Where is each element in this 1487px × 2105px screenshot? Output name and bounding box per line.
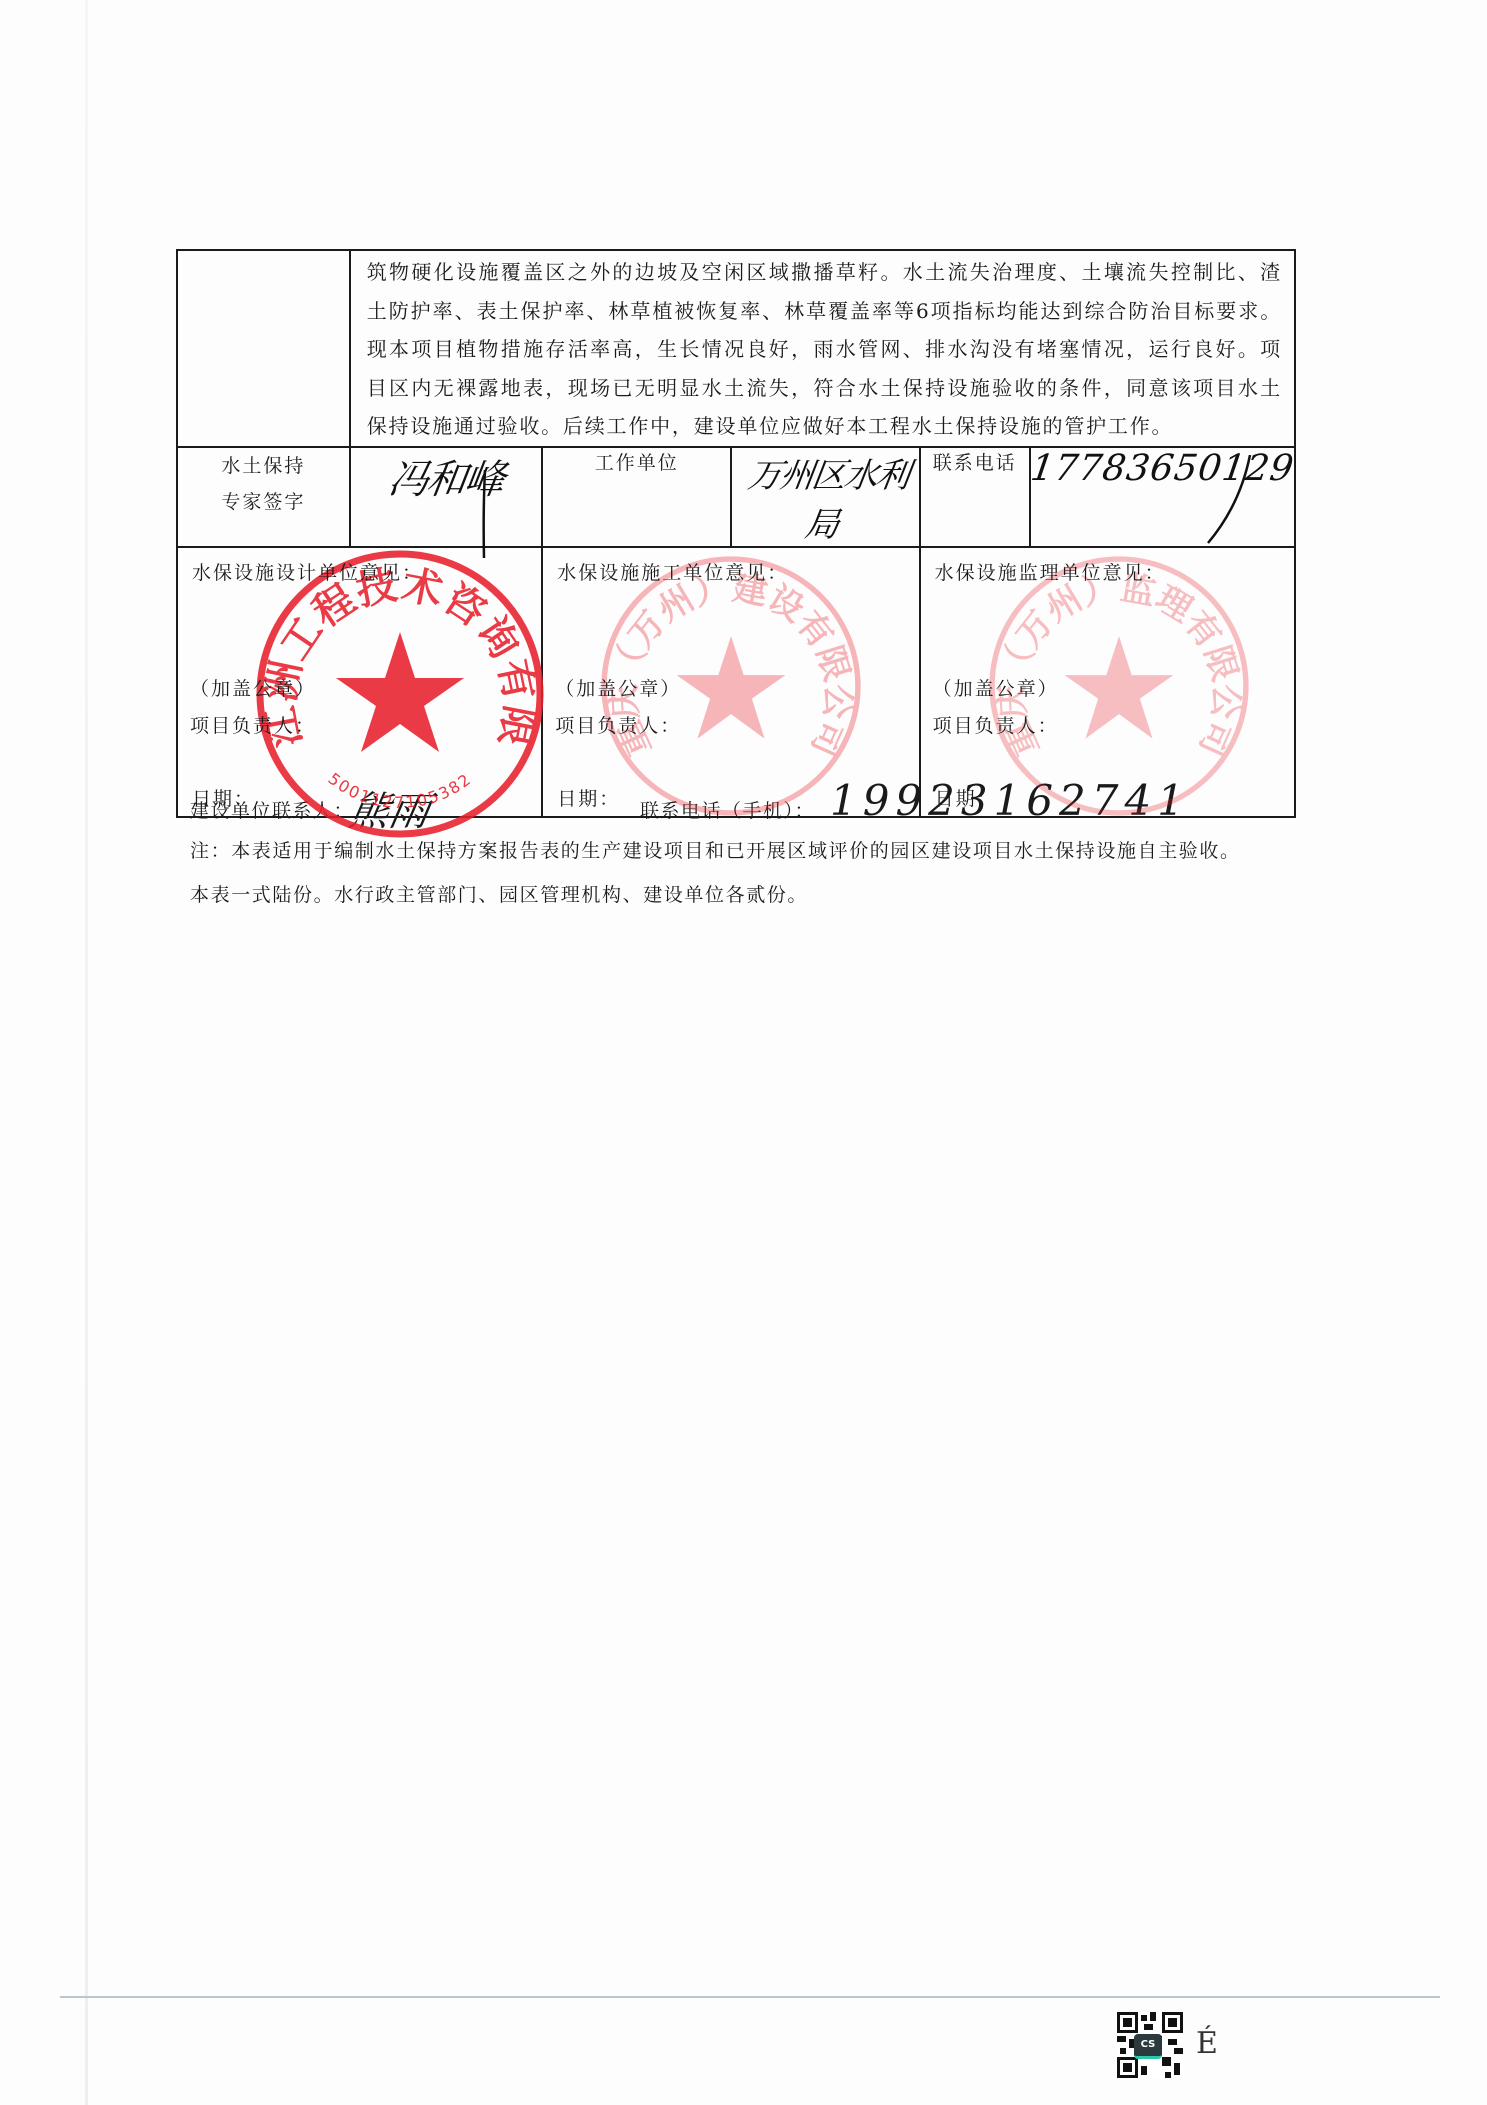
contact-phone-label: 联系电话（手机）： [640, 796, 815, 823]
note-line-2: 本表一式陆份。水行政主管部门、园区管理机构、建设单位各贰份。 [190, 880, 808, 907]
expert-label-cell: 水土保持 专家签字 [177, 447, 350, 547]
supervision-unit-seal-note: （加盖公章） [933, 674, 1059, 701]
opinion-row: 筑物硬化设施覆盖区之外的边坡及空闲区域撒播草籽。水土流失治理度、土壤流失控制比、… [177, 250, 1295, 447]
construction-unit-date-label: 日期： [557, 784, 620, 811]
camscanner-badge: CS [1134, 2034, 1162, 2059]
design-unit-leader-label: 项目负责人： [190, 711, 316, 738]
contact-person-signature: 熊雨 [345, 780, 435, 837]
contact-phone-handwritten: 19923162741 [830, 776, 1190, 825]
scan-mark-glyph: É [1196, 2026, 1218, 2061]
work-unit-label-cell: 工作单位 [542, 447, 731, 547]
design-unit-cell: 水保设施设计单位意见： （加盖公章） 项目负责人： 日期： 重庆江洲工程技术咨询… [177, 547, 542, 817]
expert-opinion-text: 筑物硬化设施覆盖区之外的边坡及空闲区域撒播草籽。水土流失治理度、土壤流失控制比、… [351, 251, 1294, 446]
note-line-1: 注：本表适用于编制水土保持方案报告表的生产建设项目和已开展区域评价的园区建设项目… [190, 836, 1241, 863]
supervision-unit-date-label: 日期： [935, 784, 998, 811]
supervision-unit-leader-label: 项目负责人： [933, 711, 1059, 738]
supervision-unit-title: 水保设施监理单位意见： [935, 558, 1166, 585]
expert-signature: 冯和峰 [347, 448, 545, 505]
design-unit-seal-note: （加盖公章） [190, 674, 316, 701]
work-unit-label: 工作单位 [543, 448, 730, 475]
expert-phone-label: 联系电话 [921, 448, 1029, 475]
expert-label-line2: 专家签字 [178, 484, 349, 520]
construction-unit-seal-note: （加盖公章） [555, 674, 681, 701]
opinion-cell: 筑物硬化设施覆盖区之外的边坡及空闲区域撒播草籽。水土流失治理度、土壤流失控制比、… [350, 250, 1295, 447]
page-edge [85, 0, 88, 2105]
expert-label-line1: 水土保持 [178, 448, 349, 484]
opinion-label-cell [177, 250, 350, 447]
design-unit-title: 水保设施设计单位意见： [192, 558, 423, 585]
acceptance-form-table: 筑物硬化设施覆盖区之外的边坡及空闲区域撒播草籽。水土流失治理度、土壤流失控制比、… [176, 249, 1296, 818]
work-unit-value-cell: 万州区水利局 [731, 447, 919, 547]
construction-unit-leader-label: 项目负责人： [555, 711, 681, 738]
scan-bottom-rule [60, 1996, 1440, 1998]
expert-signature-row: 水土保持 专家签字 冯和峰 工作单位 万州区水利局 联系电话 177836501… [177, 447, 1295, 547]
expert-phone-handwritten: 17783650129 [1028, 448, 1297, 489]
phone-label-cell: 联系电话 [920, 447, 1030, 547]
design-unit-date-label: 日期： [192, 784, 255, 811]
work-unit-signature: 万州区水利局 [726, 448, 926, 546]
expert-signature-cell: 冯和峰 [350, 447, 542, 547]
construction-unit-title: 水保设施施工单位意见： [557, 558, 788, 585]
phone-value-cell: 17783650129 [1030, 447, 1295, 547]
